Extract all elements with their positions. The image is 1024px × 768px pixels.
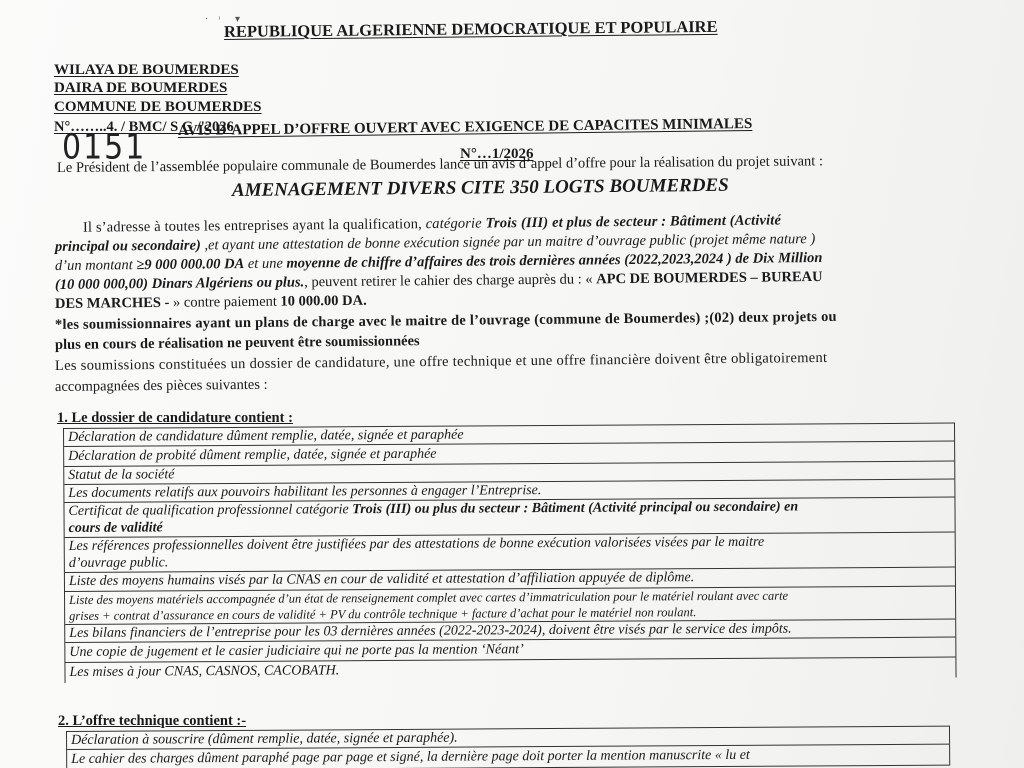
section2-title: 2. L’offre technique contient :- (58, 713, 246, 730)
technical-offer-table: Déclaration à souscrire (dûment remplie,… (66, 726, 950, 768)
table-row: Les mises à jour CNAS, CASNOS, CACOBATH. (65, 658, 955, 683)
intro-text: Le Président de l’assemblée populaire co… (57, 153, 823, 177)
project-title: AMENAGEMENT DIVERS CITE 350 LOGTS BOUMER… (232, 175, 729, 202)
scanned-document-page: · ᶦ ▾ REPUBLIQUE ALGERIENNE DEMOCRATIQUE… (0, 0, 1024, 768)
table-row: Liste des moyens matériels accompagnée d… (65, 587, 955, 625)
table-row: Les références professionnelles doivent … (65, 533, 955, 573)
section1-title: 1. Le dossier de candidature contient : (57, 410, 293, 427)
table-row: Certificat de qualification professionne… (64, 498, 954, 538)
notice-title: AVIS D’APPEL D’OFFRE OUVERT AVEC EXIGENC… (178, 116, 752, 140)
wilaya-line: WILAYA DE BOUMERDES (54, 62, 239, 79)
republic-heading: REPUBLIQUE ALGERIENNE DEMOCRATIQUE ET PO… (224, 17, 718, 42)
daira-line: DAIRA DE BOUMERDES (54, 80, 227, 97)
commune-line: COMMUNE DE BOUMERDES (54, 99, 262, 116)
candidature-table: Déclaration de candidature dûment rempli… (63, 423, 957, 683)
